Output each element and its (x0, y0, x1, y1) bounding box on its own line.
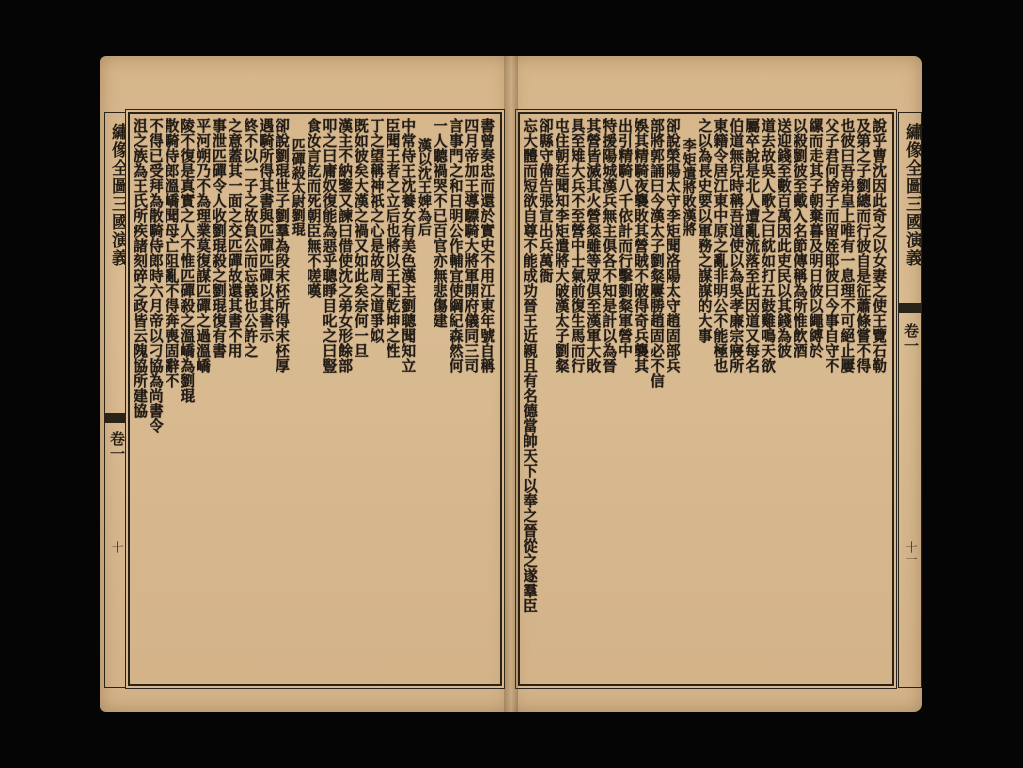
text-column: 說乎曹沈因此奇之以女妻之使王覽石勒 (873, 118, 888, 680)
text-column: 李矩遣將敗漢將 (683, 118, 698, 680)
left-text-columns: 書曾奏忠而還於實史不用江東年號自稱四月帝加王導驃騎大將軍開府儀同三司言事門之和日… (134, 118, 496, 680)
text-column: 忘大體而短欲自尊不能成功晉王近親且有名德當帥天下以奉之晉從之遂羣臣 (524, 118, 539, 680)
text-column: 事泄匹磾令人收劉琨殺之劉琨復有書 (213, 118, 228, 680)
text-column: 沮之族為王氏所疾諸刻碎之政皆云隗協所建協 (134, 118, 149, 680)
text-column: 卻說劉琨世子劉羣為段末柸所得末柸厚 (276, 118, 291, 680)
text-column: 不得已受拜為散騎侍郎時六月帝以刁協為尚書令 (150, 118, 165, 680)
text-column: 言事門之和日明公作輔宜使綱紀森然何 (450, 118, 465, 680)
text-column: 出引精騎八千依計而行擊劉粲軍營中 (619, 118, 634, 680)
left-page-margin: 繡像全圖三國演義 卷一 十 (104, 112, 128, 688)
text-column: 四月帝加王導驃騎大將軍開府儀同三司 (465, 118, 480, 680)
text-column: 屯住朝廷聞知李矩遣將大破漢太子劉粲 (556, 118, 571, 680)
text-column: 食汝言訖而死朝臣無不嗟嘆 (308, 118, 323, 680)
text-column: 縲而走其子朝棄暮及明日彼以繩縛於 (810, 118, 825, 680)
book-gutter (504, 56, 518, 712)
fish-tail-mark (899, 303, 921, 313)
text-column: 父子君何捨子而留姪耶彼曰今事自守不 (826, 118, 841, 680)
left-page-number: 十 (109, 541, 126, 553)
right-juan-label: 卷一 (901, 323, 922, 353)
text-column: 卻說榮陽太守李矩聞洛陽太守趙固部兵 (667, 118, 682, 680)
text-column: 部將郭誦曰今漢太子劉粲屢勝趙固必不信 (651, 118, 666, 680)
right-page-margin: 繡像全圖三國演義 卷一 十一 (898, 112, 922, 688)
text-column: 丁之望稱神祇之心是故周之道爭姒 (371, 118, 386, 680)
right-text-columns: 說乎曹沈因此奇之以女妻之使王覽石勒及第之子劉總而行彼自是征蕭條嘗不得也彼曰吾弟皇… (524, 118, 888, 680)
text-column: 遇騎所得其書與匹磾匹磾以其書示 (260, 118, 275, 680)
text-column: 平河朔乃不為理業莫復謀匹磾之過溫嶠 (197, 118, 212, 680)
text-column: 書曾奏忠而還於實史不用江東年號自稱 (481, 118, 496, 680)
open-book: 繡像全圖三國演義 卷一 十 書曾奏忠而還於實史不用江東年號自稱四月帝加王導驃騎大… (100, 56, 922, 712)
right-page-number: 十一 (903, 541, 920, 565)
text-column: 匹磾殺太尉劉琨 (292, 118, 307, 680)
text-column: 漢主不納鑒又諫曰借使沈之弟女形餘部 (339, 118, 354, 680)
text-column: 也彼曰吾弟皇上唯有一息理不可絕止屢 (841, 118, 856, 680)
text-column: 終不以一子之故負公而忘義也公許之 (245, 118, 260, 680)
right-text-frame: 說乎曹沈因此奇之以女妻之使王覽石勒及第之子劉總而行彼自是征蕭條嘗不得也彼曰吾弟皇… (518, 112, 894, 686)
fish-tail-mark (105, 413, 127, 423)
left-page: 繡像全圖三國演義 卷一 十 書曾奏忠而還於實史不用江東年號自稱四月帝加王導驃騎大… (100, 56, 510, 712)
right-page: 說乎曹沈因此奇之以女妻之使王覽石勒及第之子劉總而行彼自是征蕭條嘗不得也彼曰吾弟皇… (510, 56, 922, 712)
text-column: 娛其精騎夜襲敗其營賊不破得奇兵襲其 (635, 118, 650, 680)
text-column: 東籍令居江東中原之亂非明公不能極也 (714, 118, 729, 680)
text-column: 既如彼矣大漢之禍又如此矣奈何一旦 (355, 118, 370, 680)
text-column: 以殺劉彼至戴入名節傳稱為所惟飲酒 (794, 118, 809, 680)
text-column: 具至雉大兵不至營中士氣前復生馬而行 (572, 118, 587, 680)
text-column: 卻縣守備告張宣出兵萬衙 (540, 118, 555, 680)
left-juan-label: 卷一 (107, 431, 128, 461)
text-column: 送迎錢至數百萬因此吏民以其錢為彼 (778, 118, 793, 680)
text-column: 及第之子劉總而行彼自是征蕭條嘗不得 (857, 118, 872, 680)
text-column: 一人聽禍哭不已百官亦無悲傷建 (434, 118, 449, 680)
text-column: 伯道無兒時稱吾道使以為吳孝廉宗寢所 (730, 118, 745, 680)
text-column: 特援陽城漢兵無主俱各不知是計以為晉 (603, 118, 618, 680)
text-column: 之意蓋其一面之交匹磾故還其書不用 (229, 118, 244, 680)
text-column: 其營皆滅其火營粲雖等眾俱至漢軍大敗 (587, 118, 602, 680)
text-column: 叩之曰庸奴復能為惡乎聰睜目叱之曰豎 (323, 118, 338, 680)
text-column: 中常侍王沈養女有美色漢主劉聰聞知立 (402, 118, 417, 680)
text-column: 漢以沈王婢為后 (418, 118, 433, 680)
left-text-frame: 書曾奏忠而還於實史不用江東年號自稱四月帝加王導驃騎大將軍開府儀同三司言事門之和日… (128, 112, 502, 686)
text-column: 臣聞王者之立后也將以王配乾坤之性 (387, 118, 402, 680)
right-margin-title: 繡像全圖三國演義 (900, 123, 925, 267)
text-column: 屬卒說是北人遭亂流落至此因道又每名 (746, 118, 761, 680)
text-column: 之以為長史要以軍務之謀謀的大事 (699, 118, 714, 680)
text-column: 陵不復是真實之人不惟匹磾殺之溫嶠為劉琨 (181, 118, 196, 680)
text-column: 道去故吳人歌之曰紞如打五鼓雞鳴天欲 (762, 118, 777, 680)
text-column: 散騎侍郎溫嶠聞母亡阻亂不得奔喪固辭不 (166, 118, 181, 680)
